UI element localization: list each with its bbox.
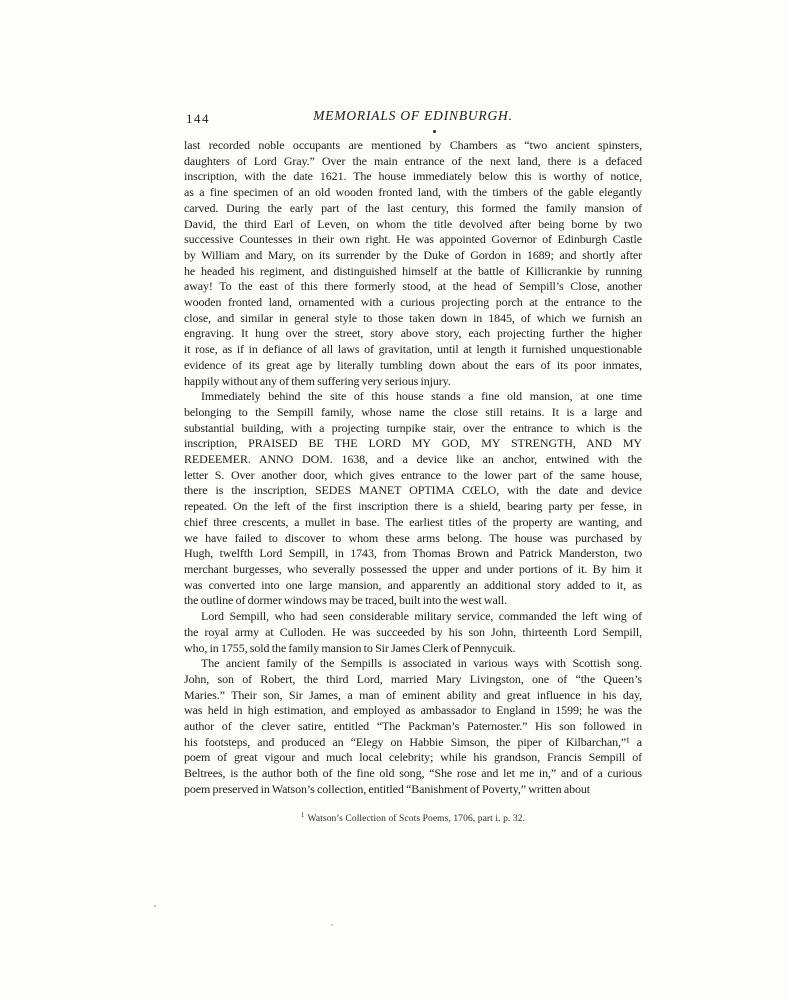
text-line: REDEEMER. ANNO DOM. 1638, and a device l… — [184, 452, 642, 468]
paragraph: The ancient family of the Sempills is as… — [184, 656, 642, 797]
text-line: the royal army at Culloden. He was succe… — [184, 625, 642, 641]
footnote: 1Watson’s Collection of Scots Poems, 170… — [184, 811, 642, 824]
paragraph: Immediately behind the site of this hous… — [184, 389, 642, 609]
paragraph: last recorded noble occupants are mentio… — [184, 138, 642, 389]
text-line: was converted into one large mansion, an… — [184, 578, 642, 594]
page-header: 144 MEMORIALS OF EDINBURGH. — [184, 106, 642, 132]
text-line: poem preserved in Watson’s collection, e… — [184, 782, 642, 798]
text-line: repeated. On the left of the first inscr… — [184, 499, 642, 515]
text-line: carved. During the early part of the las… — [184, 201, 642, 217]
text-line: chief three crescents, a mullet in base.… — [184, 515, 642, 531]
scan-speck — [331, 924, 333, 926]
page-body: last recorded noble occupants are mentio… — [184, 138, 642, 798]
text-line: we have failed to discover to whom these… — [184, 531, 642, 547]
text-line: there is the inscription, SEDES MANET OP… — [184, 483, 642, 499]
text-line: Hugh, twelfth Lord Sempill, in 1743, fro… — [184, 546, 642, 562]
scan-speck — [154, 905, 156, 907]
text-line: substantial building, with a projecting … — [184, 421, 642, 437]
text-line: daughters of Lord Gray.” Over the main e… — [184, 154, 642, 170]
text-line: the outline of dormer windows may be tra… — [184, 593, 642, 609]
text-line: happily without any of them suffering ve… — [184, 374, 642, 390]
text-line: inscription, with the date 1621. The hou… — [184, 169, 642, 185]
text-line: letter S. Over another door, which gives… — [184, 468, 642, 484]
text-line: inscription, PRAISED BE THE LORD MY GOD,… — [184, 436, 642, 452]
text-column: 144 MEMORIALS OF EDINBURGH. last recorde… — [184, 106, 642, 824]
text-line: Immediately behind the site of this hous… — [184, 389, 642, 405]
text-line: poem of great vigour and much local cele… — [184, 750, 642, 766]
text-line: close, and similar in general style to t… — [184, 311, 642, 327]
text-line: Lord Sempill, who had seen considerable … — [184, 609, 642, 625]
text-line: belonging to the Sempill family, whose n… — [184, 405, 642, 421]
text-line: author of the clever satire, entitled “T… — [184, 719, 642, 735]
text-line: he headed his regiment, and distinguishe… — [184, 264, 642, 280]
book-page: 144 MEMORIALS OF EDINBURGH. last recorde… — [0, 0, 790, 1000]
text-line: Beltrees, is the author both of the fine… — [184, 766, 642, 782]
text-line: was held in high estimation, and employe… — [184, 703, 642, 719]
text-line: evidence of its great age by literally t… — [184, 358, 642, 374]
footnote-text: Watson’s Collection of Scots Poems, 1706… — [308, 814, 526, 824]
text-line: John, son of Robert, the third Lord, mar… — [184, 672, 642, 688]
text-line: as a fine specimen of an old wooden fron… — [184, 185, 642, 201]
page-number: 144 — [186, 111, 210, 127]
running-title: MEMORIALS OF EDINBURGH. — [184, 106, 642, 124]
text-line: by William and Mary, on its surrender by… — [184, 248, 642, 264]
text-line: David, the third Earl of Leven, on whom … — [184, 217, 642, 233]
text-line: his footsteps, and produced an “Elegy on… — [184, 735, 642, 751]
text-line: wooden fronted land, ornamented with a c… — [184, 295, 642, 311]
paragraph: Lord Sempill, who had seen considerable … — [184, 609, 642, 656]
text-line: engraving. It hung over the street, stor… — [184, 326, 642, 342]
text-line: last recorded noble occupants are mentio… — [184, 138, 642, 154]
footnote-marker: 1 — [301, 811, 305, 819]
text-line: it rose, as if in defiance of all laws o… — [184, 342, 642, 358]
text-line: merchant burgesses, who severally posses… — [184, 562, 642, 578]
text-line: successive Countesses in their own right… — [184, 232, 642, 248]
text-line: away! To the east of this there formerly… — [184, 279, 642, 295]
text-line: who, in 1755, sold the family mansion to… — [184, 641, 642, 657]
text-line: The ancient family of the Sempills is as… — [184, 656, 642, 672]
text-line: Maries.” Their son, Sir James, a man of … — [184, 688, 642, 704]
